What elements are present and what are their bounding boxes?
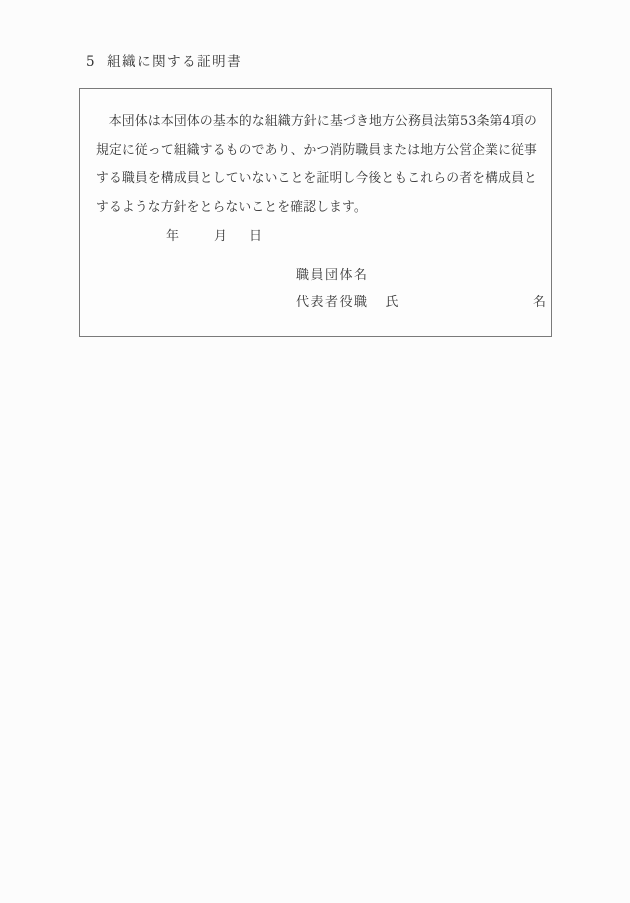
name-last-label: 名 — [533, 295, 548, 310]
name-first-label: 氏 — [386, 295, 401, 310]
day-label: 日 — [249, 229, 262, 244]
year-label: 年 — [166, 229, 179, 244]
organization-name-line: 職員団体名 — [296, 268, 369, 284]
document-page: 5組織に関する証明書 本団体は本団体の基本的な組織方針に基づき地方公務員法第53… — [0, 0, 630, 903]
representative-line: 代表者役職氏名 — [296, 295, 548, 311]
organization-name-label: 職員団体名 — [296, 268, 369, 283]
document-title: 5組織に関する証明書 — [86, 54, 242, 70]
date-line: 年月日 — [166, 229, 262, 245]
certificate-body-text: 本団体は本団体の基本的な組織方針に基づき地方公務員法第53条第4項の規定に従って… — [96, 108, 537, 222]
section-title: 組織に関する証明書 — [107, 54, 242, 70]
representative-title-label: 代表者役職 — [296, 295, 369, 310]
section-number: 5 — [86, 54, 96, 70]
month-label: 月 — [214, 229, 227, 244]
certificate-box: 本団体は本団体の基本的な組織方針に基づき地方公務員法第53条第4項の規定に従って… — [79, 88, 552, 337]
